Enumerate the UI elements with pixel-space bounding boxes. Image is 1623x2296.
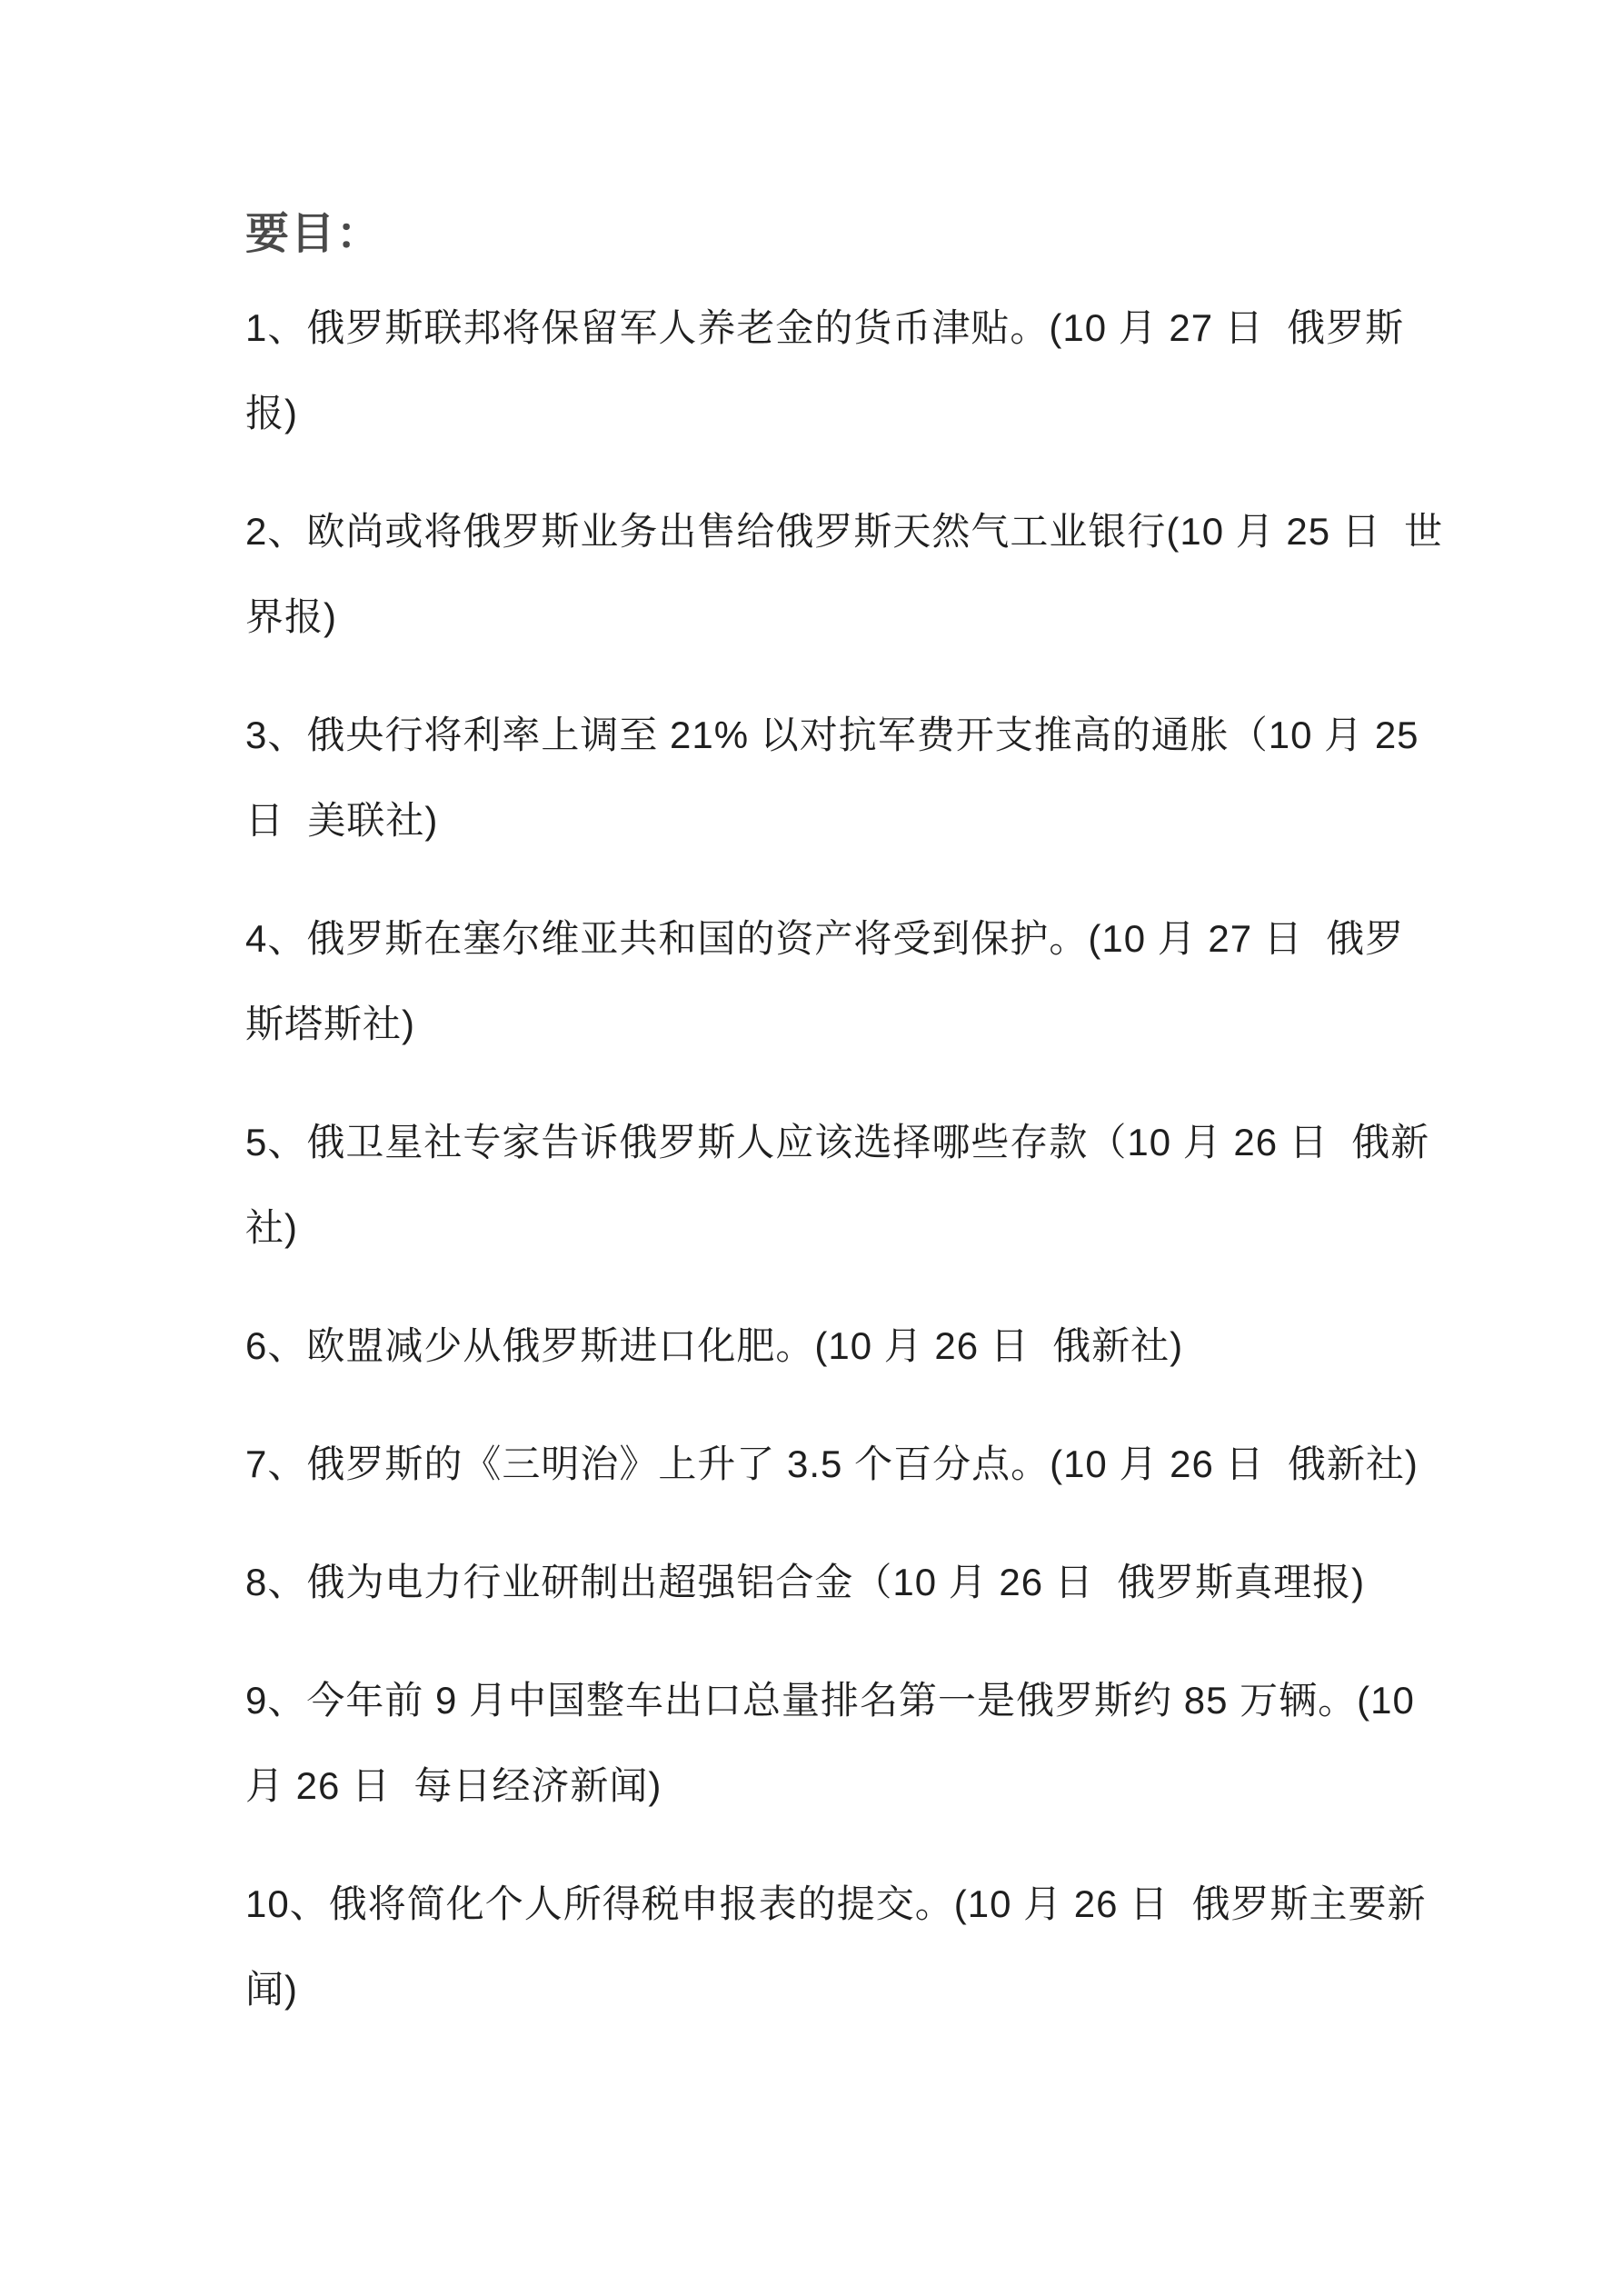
news-item: 7、俄罗斯的《三明治》上升了 3.5 个百分点。(10 月 26 日 俄新社) — [245, 1422, 1396, 1507]
news-item-line: 3、俄央行将利率上调至 21% 以对抗军费开支推高的通胀（10 月 25 — [245, 693, 1396, 778]
news-item-line: 8、俄为电力行业研制出超强铝合金（10 月 26 日 俄罗斯真理报) — [245, 1540, 1396, 1625]
news-item-line: 界报) — [245, 574, 1396, 660]
news-item-line: 9、今年前 9 月中国整车出口总量排名第一是俄罗斯约 85 万辆。(10 — [245, 1658, 1396, 1743]
news-item-line: 1、俄罗斯联邦将保留军人养老金的货币津贴。(10 月 27 日 俄罗斯 — [245, 285, 1396, 371]
news-item: 8、俄为电力行业研制出超强铝合金（10 月 26 日 俄罗斯真理报) — [245, 1540, 1396, 1625]
news-item-line: 2、欧尚或将俄罗斯业务出售给俄罗斯天然气工业银行(10 月 25 日 世 — [245, 489, 1396, 574]
news-item: 6、欧盟减少从俄罗斯进口化肥。(10 月 26 日 俄新社) — [245, 1303, 1396, 1389]
news-list: 1、俄罗斯联邦将保留军人养老金的货币津贴。(10 月 27 日 俄罗斯报)2、欧… — [245, 285, 1396, 2032]
news-item-line: 社) — [245, 1185, 1396, 1271]
document-page: 要目： 1、俄罗斯联邦将保留军人养老金的货币津贴。(10 月 27 日 俄罗斯报… — [0, 0, 1623, 2296]
news-item-line: 斯塔斯社) — [245, 982, 1396, 1067]
news-item: 5、俄卫星社专家告诉俄罗斯人应该选择哪些存款（10 月 26 日 俄新社) — [245, 1100, 1396, 1271]
news-item-line: 日 美联社) — [245, 778, 1396, 863]
page-title: 要目： — [245, 207, 1396, 262]
news-item-line: 月 26 日 每日经济新闻) — [245, 1743, 1396, 1829]
news-item: 3、俄央行将利率上调至 21% 以对抗军费开支推高的通胀（10 月 25日 美联… — [245, 693, 1396, 863]
news-item-line: 7、俄罗斯的《三明治》上升了 3.5 个百分点。(10 月 26 日 俄新社) — [245, 1422, 1396, 1507]
news-item: 10、俄将简化个人所得税申报表的提交。(10 月 26 日 俄罗斯主要新闻) — [245, 1862, 1396, 2032]
news-item-line: 闻) — [245, 1947, 1396, 2032]
news-item-line: 5、俄卫星社专家告诉俄罗斯人应该选择哪些存款（10 月 26 日 俄新 — [245, 1100, 1396, 1185]
news-item: 1、俄罗斯联邦将保留军人养老金的货币津贴。(10 月 27 日 俄罗斯报) — [245, 285, 1396, 456]
news-item-line: 报) — [245, 371, 1396, 456]
news-item-line: 6、欧盟减少从俄罗斯进口化肥。(10 月 26 日 俄新社) — [245, 1303, 1396, 1389]
news-item: 2、欧尚或将俄罗斯业务出售给俄罗斯天然气工业银行(10 月 25 日 世界报) — [245, 489, 1396, 660]
news-item: 4、俄罗斯在塞尔维亚共和国的资产将受到保护。(10 月 27 日 俄罗斯塔斯社) — [245, 896, 1396, 1067]
news-item-line: 4、俄罗斯在塞尔维亚共和国的资产将受到保护。(10 月 27 日 俄罗 — [245, 896, 1396, 982]
news-item: 9、今年前 9 月中国整车出口总量排名第一是俄罗斯约 85 万辆。(10月 26… — [245, 1658, 1396, 1829]
news-item-line: 10、俄将简化个人所得税申报表的提交。(10 月 26 日 俄罗斯主要新 — [245, 1862, 1396, 1947]
